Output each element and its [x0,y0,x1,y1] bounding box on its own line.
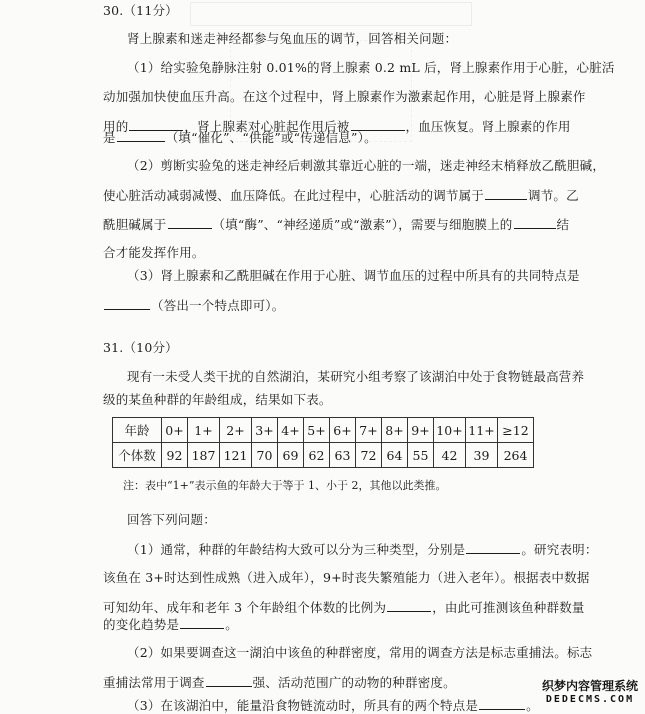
text: 结 [557,217,570,232]
q31-heading: 31.（10分） [103,340,178,356]
q30-p1-line2: 动加强加快使血压升高。在这个过程中，肾上腺素作为激素起作用，心脏是肾上腺素作 [103,89,586,105]
text: 的变化趋势是 [103,617,179,632]
q30-p2-line1: （2）剪断实验兔的迷走神经后刺激其靠近心脏的一端，迷走神经末梢释放乙酰胆碱， [127,158,605,174]
table-cell: 70 [252,443,278,468]
answer-blank[interactable] [168,216,212,229]
answer-blank[interactable] [387,599,431,612]
q31-intro-line1: 现有一未受人类干扰的自然湖泊，某研究小组考察了该湖泊中处于食物链最高营养 [127,369,584,385]
q30-p3-line1: （3）肾上腺素和乙酰胆碱在作用于心脏、调节血压的过程中所具有的共同特点是 [127,268,580,284]
q31-p1-line2: 该鱼在 3+时达到性成熟（进入成年），9+时丧失繁殖能力（进入老年）。根据表中数… [103,570,590,586]
table-cell: 1+ [188,418,220,443]
site-watermark: 织梦内容管理系统 DEDECMS.COM [537,677,643,705]
table-cell: 72 [356,443,382,468]
text: 。研究表明： [521,542,597,557]
answer-blank[interactable] [180,616,224,629]
table-cell: 0+ [162,418,188,443]
table-cell: 3+ [252,418,278,443]
q31-p1-line4: 的变化趋势是。 [103,616,238,633]
answer-blank[interactable] [514,216,556,229]
table-cell: 92 [162,443,188,468]
text: 是 [103,130,116,145]
table-cell: 264 [498,443,534,468]
table-note: 注：表中“1+”表示鱼的年龄大于等于 1、小于 2，其他以此类推。 [123,477,446,493]
table-cell: 8+ [382,418,408,443]
text: （答出一个特点即可）。 [151,298,284,313]
age-structure-table: 年龄 0+ 1+ 2+ 3+ 4+ 5+ 6+ 7+ 8+ 9+ 10+ 11+… [112,417,534,468]
answer-blank[interactable] [485,187,527,200]
text: 强、活动范围广的动物的种群密度。 [253,675,456,690]
q30-intro: 肾上腺素和迷走神经都参与兔血压的调节，回答相关问题： [127,31,457,47]
q31-intro-line2: 级的某鱼种群的年龄组成，结果如下表。 [103,392,332,408]
table-cell: 39 [466,443,498,468]
answer-blank[interactable] [206,674,252,687]
text: 使心脏活动减弱减慢、血压降低。在此过程中，心脏活动的调节属于 [103,188,484,203]
table-cell: 64 [382,443,408,468]
table-cell: 6+ [330,418,356,443]
text: （3）在该湖泊中，能量沿食物链流动时，所具有的两个特点是 [127,698,478,713]
bleed-through-table [190,2,472,26]
table-cell: 7+ [356,418,382,443]
text: 酰胆碱属于 [103,217,167,232]
text: 。 [225,617,238,632]
text: （填“酶”、“神经递质”或“激素”），需要与细胞膜上的 [213,217,513,232]
q30-p1-line4: 是（填“催化”、“供能”或“传递信息”）。 [103,129,377,146]
text: 重捕法常用于调查 [103,675,205,690]
table-row-age: 年龄 0+ 1+ 2+ 3+ 4+ 5+ 6+ 7+ 8+ 9+ 10+ 11+… [113,418,534,443]
q31-p1-line1: （1）通常，种群的年龄结构大致可以分为三种类型，分别是。研究表明： [127,541,598,558]
table-cell: 63 [330,443,356,468]
q30-p2-line2: 使心脏活动减弱减慢、血压降低。在此过程中，心脏活动的调节属于调节。乙 [103,187,579,204]
answer-blank[interactable] [117,129,165,142]
table-cell: 9+ [408,418,434,443]
answer-blank[interactable] [479,697,525,710]
table-cell: 187 [188,443,220,468]
answer-prompt: 回答下列问题： [127,512,216,528]
q30-p2-line3: 酰胆碱属于（填“酶”、“神经递质”或“激素”），需要与细胞膜上的结 [103,216,569,233]
table-cell: 5+ [304,418,330,443]
q30-p1-line1: （1）给实验兔静脉注射 0.01%的肾上腺素 0.2 mL 后，肾上腺素作用于心… [127,60,615,76]
q31-p2-line2: 重捕法常用于调查强、活动范围广的动物的种群密度。 [103,674,456,691]
q30-heading: 30.（11分） [103,3,178,19]
text: ，血压恢复。肾上腺素的作用 [406,119,571,134]
table-cell: 4+ [278,418,304,443]
table-cell: 11+ [466,418,498,443]
text: （填“催化”、“供能”或“传递信息”）。 [166,130,377,145]
watermark-title: 织梦内容管理系统 [537,677,643,694]
row-header: 年龄 [113,418,162,443]
table-cell: 2+ [220,418,252,443]
text: ，由此可推测该鱼种群数量 [432,600,584,615]
text: 调节。乙 [528,188,579,203]
table-row-count: 个体数 92 187 121 70 69 62 63 72 64 55 42 3… [113,443,534,468]
table-cell: 69 [278,443,304,468]
answer-blank[interactable] [466,541,520,554]
table-cell: 121 [220,443,252,468]
table-cell: ≥12 [498,418,534,443]
q30-p3-line2: （答出一个特点即可）。 [103,297,284,314]
text: 可知幼年、成年和老年 3 个年龄组个体数的比例为 [103,600,386,615]
watermark-url: DEDECMS.COM [537,694,643,705]
answer-blank[interactable] [104,297,150,310]
exam-page: 30.（11分） 肾上腺素和迷走神经都参与兔血压的调节，回答相关问题： （1）给… [0,0,645,714]
table-cell: 55 [408,443,434,468]
q31-p2-line1: （2）如果要调查这一湖泊中该鱼的种群密度，常用的调查方法是标志重捕法。标志 [127,645,592,661]
q31-p1-line3: 可知幼年、成年和老年 3 个年龄组个体数的比例为，由此可推测该鱼种群数量 [103,599,585,616]
row-header: 个体数 [113,443,162,468]
text: （1）通常，种群的年龄结构大致可以分为三种类型，分别是 [127,542,465,557]
q30-p2-line4: 合才能发挥作用。 [103,245,205,261]
table-cell: 10+ [434,418,466,443]
table-cell: 42 [434,443,466,468]
table-cell: 62 [304,443,330,468]
q31-p3-line1: （3）在该湖泊中，能量沿食物链流动时，所具有的两个特点是。 [127,697,539,714]
